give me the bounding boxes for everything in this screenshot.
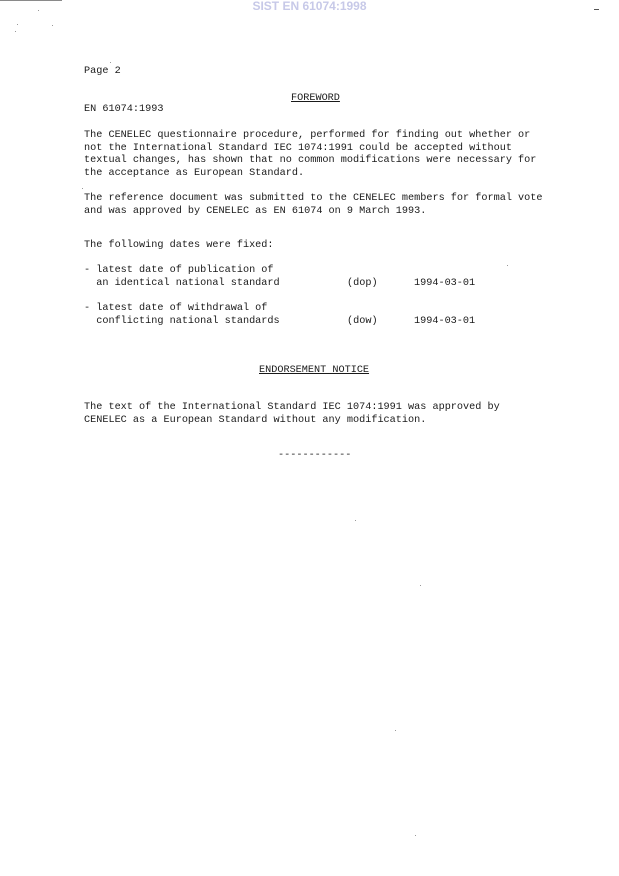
foreword-paragraph-2: The reference document was submitted to … xyxy=(84,193,543,218)
foreword-heading: FOREWORD xyxy=(291,93,340,105)
date-value: 1994-03-01 xyxy=(414,316,475,329)
date-item-dow: - latest date of withdrawal of conflicti… xyxy=(84,303,96,353)
foreword-paragraph-3: The following dates were fixed: xyxy=(84,240,274,253)
watermark: SIST EN 61074:1998 xyxy=(0,0,619,13)
document-id: EN 61074:1993 xyxy=(84,104,163,117)
page-header: Page 2 EN 61074:1993 xyxy=(84,41,163,129)
end-marker: ------------ xyxy=(278,450,351,462)
date-description: - latest date of publication of an ident… xyxy=(84,265,280,290)
endorsement-heading: ENDORSEMENT NOTICE xyxy=(259,365,369,377)
endorsement-text: The text of the International Standard I… xyxy=(84,402,500,427)
page-number: Page 2 xyxy=(84,66,163,79)
date-description: - latest date of withdrawal of conflicti… xyxy=(84,303,280,328)
date-abbreviation: (dow) xyxy=(347,316,378,329)
date-abbreviation: (dop) xyxy=(347,278,378,291)
foreword-paragraph-1: The CENELEC questionnaire procedure, per… xyxy=(84,130,536,180)
date-value: 1994-03-01 xyxy=(414,278,475,291)
